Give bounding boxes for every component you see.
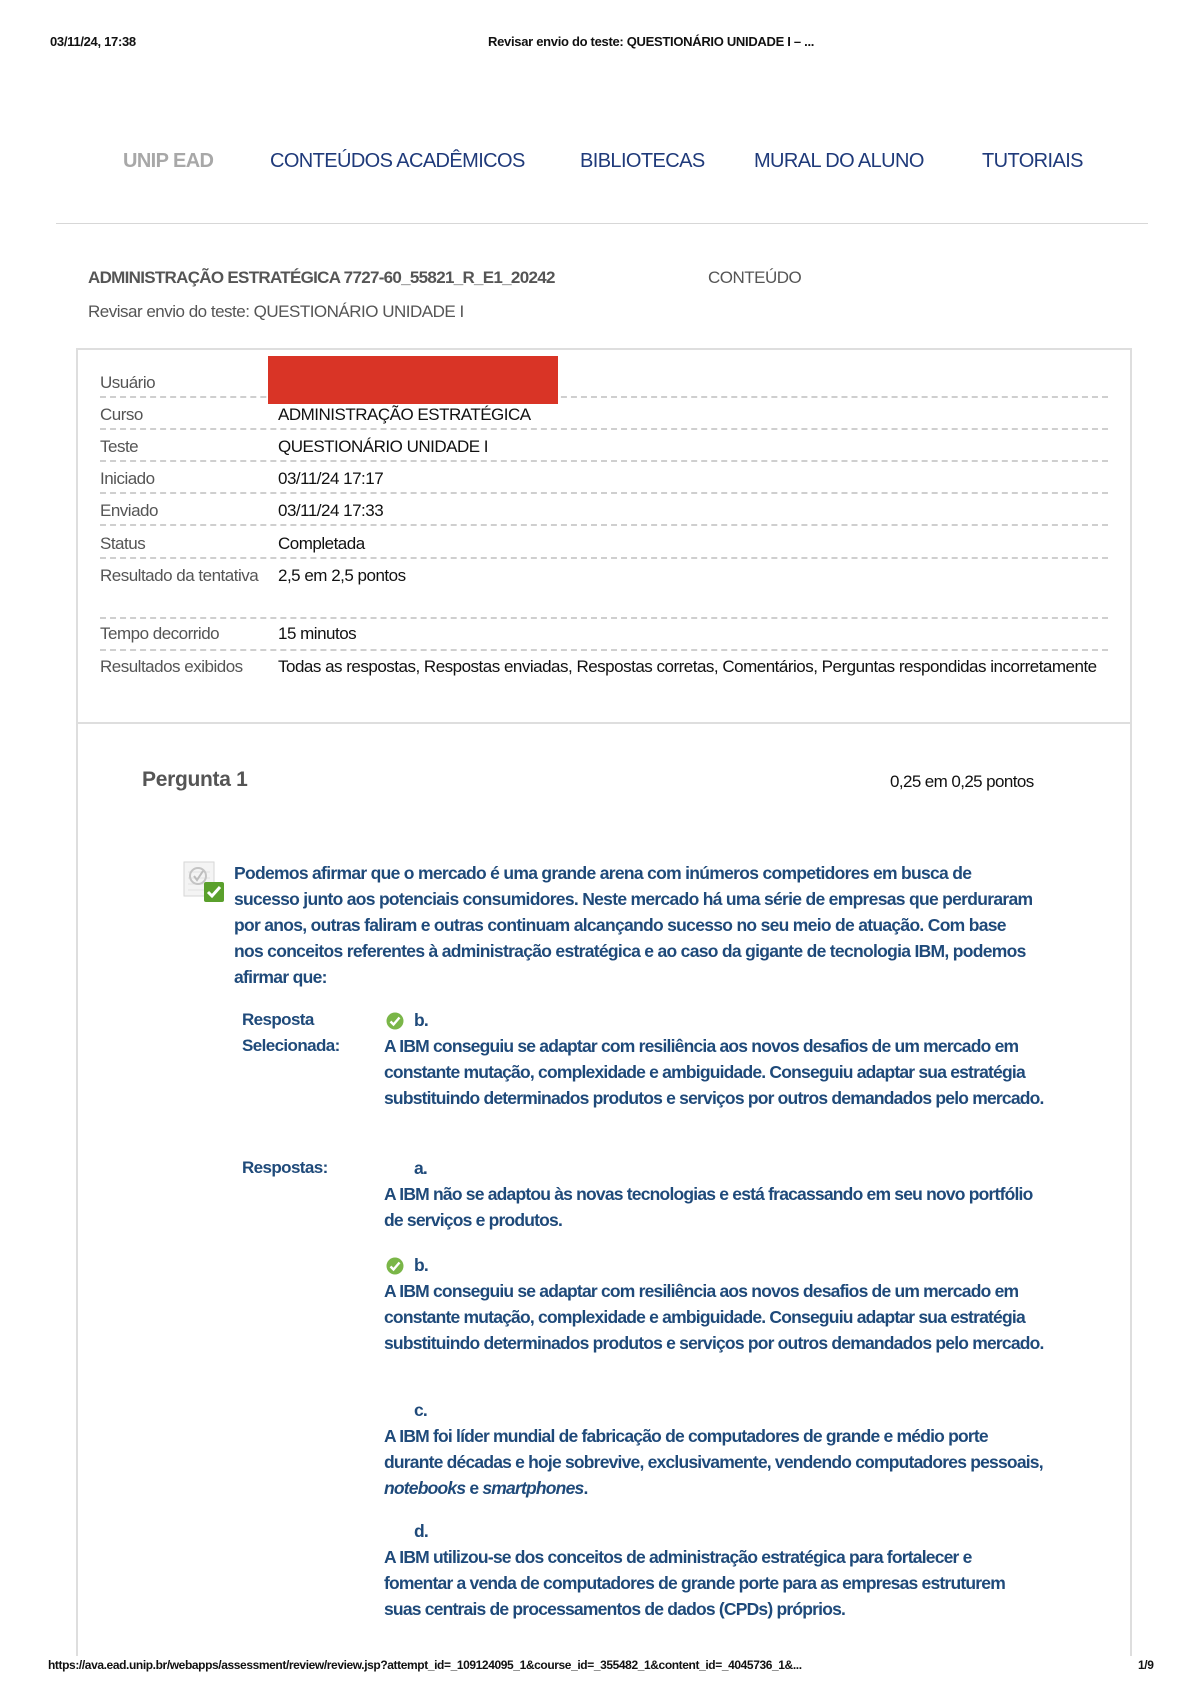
question-score: 0,25 em 0,25 pontos — [890, 772, 1034, 792]
print-page-number: 1/9 — [1138, 1658, 1153, 1672]
selected-answer-letter: b. — [384, 1007, 1044, 1033]
nav-divider — [56, 223, 1148, 224]
details-row-iniciado: Iniciado 03/11/24 17:17 — [100, 466, 1108, 494]
details-row-enviado: Enviado 03/11/24 17:33 — [100, 498, 1108, 526]
page-subtitle: Revisar envio do teste: QUESTIONÁRIO UNI… — [88, 302, 464, 322]
answer-letter: c. — [384, 1397, 1044, 1423]
details-value: 03/11/24 17:33 — [278, 498, 1098, 524]
details-row-tempo: Tempo decorrido 15 minutos — [100, 621, 1108, 651]
redacted-user-name — [268, 356, 558, 404]
details-value: ADMINISTRAÇÃO ESTRATÉGICA — [278, 402, 1098, 428]
answers-label: Respostas: — [242, 1155, 328, 1181]
selected-answer-label: Resposta Selecionada: — [242, 1007, 362, 1059]
content-link[interactable]: CONTEÚDO — [708, 268, 801, 288]
details-label: Enviado — [100, 498, 270, 524]
details-row-curso: Curso ADMINISTRAÇÃO ESTRATÉGICA — [100, 402, 1108, 430]
details-value: 2,5 em 2,5 pontos — [278, 563, 1098, 589]
answer-letter: d. — [384, 1518, 1044, 1544]
nav-tutoriais[interactable]: TUTORIAIS — [982, 150, 1083, 173]
details-row-resultados-exibidos: Resultados exibidos Todas as respostas, … — [100, 654, 1108, 710]
attempt-details-panel: Usuário Curso ADMINISTRAÇÃO ESTRATÉGICA … — [76, 348, 1132, 724]
print-date: 03/11/24, 17:38 — [50, 34, 136, 49]
details-label: Status — [100, 531, 270, 557]
details-value: Todas as respostas, Respostas enviadas, … — [278, 654, 1098, 680]
nav-bibliotecas[interactable]: BIBLIOTECAS — [580, 150, 705, 173]
print-title: Revisar envio do teste: QUESTIONÁRIO UNI… — [488, 34, 814, 49]
answer-text: A IBM conseguiu se adaptar com resiliênc… — [384, 1281, 1044, 1353]
print-url: https://ava.ead.unip.br/webapps/assessme… — [48, 1658, 802, 1672]
question-text: Podemos afirmar que o mercado é uma gran… — [234, 860, 1034, 990]
answer-text: A IBM não se adaptou às novas tecnologia… — [384, 1184, 1033, 1230]
nav-mural-do-aluno[interactable]: MURAL DO ALUNO — [754, 150, 924, 173]
top-nav: UNIP EAD CONTEÚDOS ACADÊMICOS BIBLIOTECA… — [0, 150, 1200, 180]
answer-text: A IBM utilizou-se dos conceitos de admin… — [384, 1547, 1005, 1619]
course-title[interactable]: ADMINISTRAÇÃO ESTRATÉGICA 7727-60_55821_… — [88, 268, 555, 288]
answer-text: A IBM foi líder mundial de fabricação de… — [384, 1426, 1043, 1498]
details-value: 15 minutos — [278, 621, 1098, 647]
nav-conteudos-academicos[interactable]: CONTEÚDOS ACADÊMICOS — [270, 150, 525, 173]
answer-option-a: a. A IBM não se adaptou às novas tecnolo… — [384, 1155, 1044, 1233]
details-label: Resultados exibidos — [100, 654, 270, 680]
nav-unip-ead[interactable]: UNIP EAD — [123, 150, 213, 173]
question-title: Pergunta 1 — [142, 768, 248, 792]
details-row-status: Status Completada — [100, 531, 1108, 559]
answer-option-d: d. A IBM utilizou-se dos conceitos de ad… — [384, 1518, 1044, 1622]
details-row-teste: Teste QUESTIONÁRIO UNIDADE I — [100, 434, 1108, 462]
details-value: QUESTIONÁRIO UNIDADE I — [278, 434, 1098, 460]
correct-check-icon — [386, 1257, 404, 1275]
print-header: 03/11/24, 17:38 Revisar envio do teste: … — [0, 34, 1200, 54]
details-label: Tempo decorrido — [100, 621, 270, 647]
details-value: 03/11/24 17:17 — [278, 466, 1098, 492]
answer-letter: b. — [384, 1252, 1044, 1278]
details-label: Curso — [100, 402, 270, 428]
answer-option-c: c. A IBM foi líder mundial de fabricação… — [384, 1397, 1044, 1501]
details-row-resultado: Resultado da tentativa 2,5 em 2,5 pontos — [100, 563, 1108, 619]
details-value: Completada — [278, 531, 1098, 557]
selected-answer-text: A IBM conseguiu se adaptar com resiliênc… — [384, 1036, 1044, 1108]
details-label: Iniciado — [100, 466, 270, 492]
answer-option-b: b. A IBM conseguiu se adaptar com resili… — [384, 1252, 1044, 1356]
details-label: Teste — [100, 434, 270, 460]
details-label: Resultado da tentativa — [100, 563, 270, 589]
correct-check-icon — [386, 1012, 404, 1030]
correct-answer-icon — [182, 860, 226, 904]
details-label: Usuário — [100, 370, 270, 396]
answer-letter: a. — [384, 1155, 1044, 1181]
selected-answer: b. A IBM conseguiu se adaptar com resili… — [384, 1007, 1044, 1111]
print-footer: https://ava.ead.unip.br/webapps/assessme… — [0, 1658, 1200, 1678]
details-row-usuario: Usuário — [100, 370, 1108, 398]
